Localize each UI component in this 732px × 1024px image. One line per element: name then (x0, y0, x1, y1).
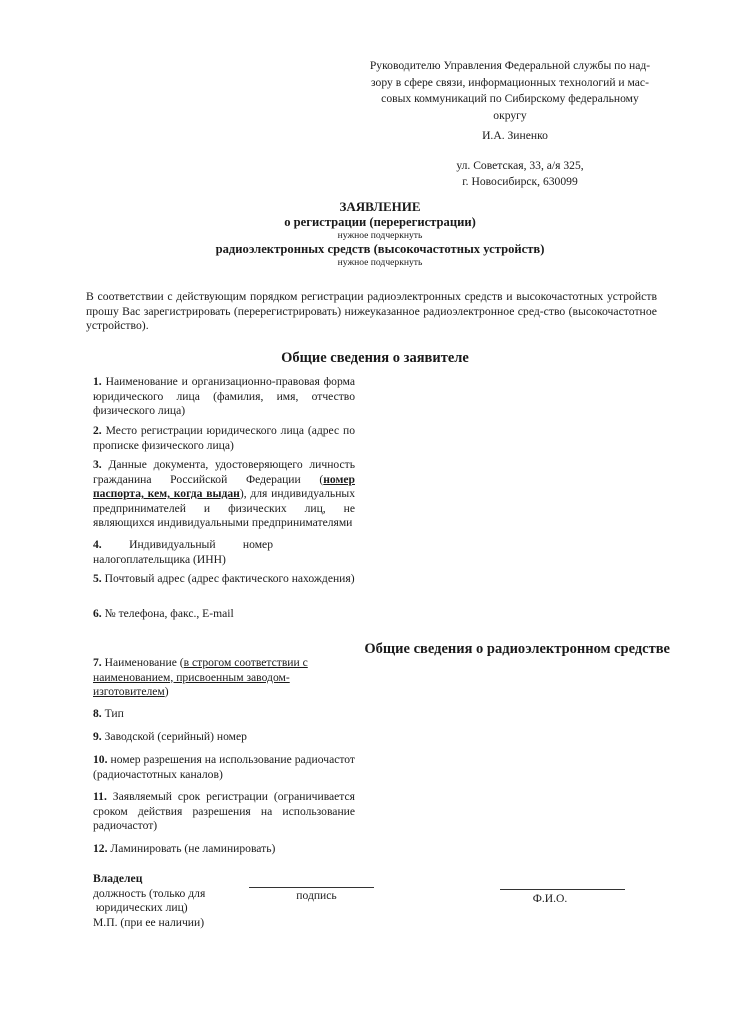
addressee-line: округу (355, 108, 665, 125)
fio-label: Ф.И.О. (500, 892, 600, 907)
field-12-lamination: 12. Ламинировать (не ламинировать) (93, 842, 355, 857)
intro-paragraph: В соответствии с действующим порядком ре… (86, 290, 657, 334)
document-subtitle-devices: радиоэлектронных средств (высокочастотны… (150, 242, 610, 257)
field-1-name: 1. Наименование и организационно-правова… (93, 375, 355, 419)
field-10-permit-number: 10. номер разрешения на использование ра… (93, 753, 355, 782)
signature-line (249, 887, 374, 888)
addressee-address: ул. Советская, 33, а/я 325, г. Новосибир… (380, 158, 660, 189)
owner-label: Владелец (93, 872, 243, 887)
position-label: должность (только для (93, 887, 243, 902)
field-5-postal-address: 5. Почтовый адрес (адрес фактического на… (93, 572, 355, 587)
document-title-block: ЗАЯВЛЕНИЕ о регистрации (перерегистрации… (150, 199, 610, 269)
field-6-contacts: 6. № телефона, факс., E-mail (93, 607, 355, 622)
addressee-block: Руководителю Управления Федеральной служ… (355, 58, 665, 124)
hint-underline: нужное подчеркнуть (150, 257, 610, 269)
field-7-device-name: 7. Наименование (в строгом соответствии … (93, 656, 343, 700)
addressee-name: И.А. Зиненко (455, 129, 575, 142)
field-8-type: 8. Тип (93, 707, 355, 722)
field-2-registration-place: 2. Место регистрации юридического лица (… (93, 424, 355, 453)
section-heading-applicant: Общие сведения о заявителе (200, 350, 550, 367)
document-subtitle-registration: о регистрации (перерегистрации) (150, 215, 610, 230)
stamp-label: М.П. (при ее наличии) (93, 916, 243, 931)
document-title: ЗАЯВЛЕНИЕ (150, 199, 610, 215)
addressee-line: Руководителю Управления Федеральной служ… (355, 58, 665, 75)
field-9-serial-number: 9. Заводской (серийный) номер (93, 730, 355, 745)
addressee-line: зору в сфере связи, информационных техно… (355, 75, 665, 92)
fio-line (500, 889, 625, 890)
hint-underline: нужное подчеркнуть (150, 230, 610, 242)
field-11-registration-term: 11. Заявляемый срок регистрации (огранич… (93, 790, 355, 834)
address-city: г. Новосибирск, 630099 (380, 174, 660, 190)
address-street: ул. Советская, 33, а/я 325, (380, 158, 660, 174)
signature-label: подпись (249, 889, 384, 904)
position-label-cont: юридических лиц) (93, 901, 243, 916)
field-4-inn: 4. Индивидуальный номер налогоплательщик… (93, 538, 273, 567)
owner-block: Владелец должность (только для юридическ… (93, 872, 243, 930)
addressee-line: совых коммуникаций по Сибирскому федерал… (355, 91, 665, 108)
field-3-id-document: 3. Данные документа, удостоверяющего лич… (93, 458, 355, 531)
